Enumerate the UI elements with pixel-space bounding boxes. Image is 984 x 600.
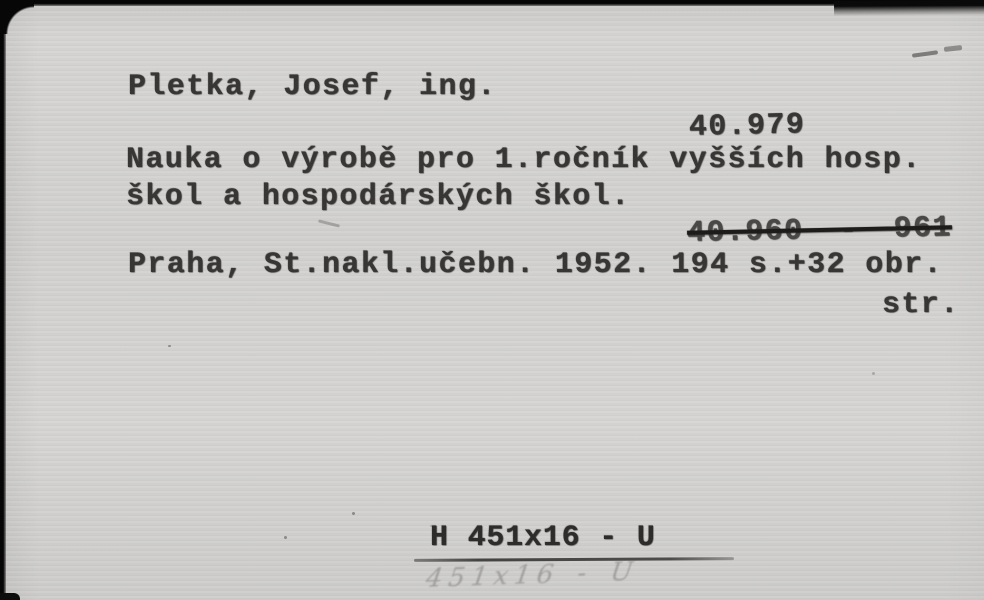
imprint-line: Praha, St.nakl.učebn. 1952. 194 s.+32 ob…	[128, 248, 943, 282]
call-number-cancelled: 40.960 - 961	[687, 211, 952, 251]
title-line-1: Nauka o výrobě pro 1.ročník vyšších hosp…	[126, 143, 922, 177]
card-paper: Pletka, Josef, ing. 40.979 40.960 - 961 …	[0, 0, 984, 600]
scanned-catalog-card: Pletka, Josef, ing. 40.979 40.960 - 961 …	[0, 0, 984, 600]
scanner-corner-bottom-left	[0, 593, 20, 600]
scanner-corner-top-left	[0, 0, 34, 34]
paper-speck	[872, 372, 875, 375]
paper-speck	[284, 536, 287, 539]
paper-speck	[168, 345, 171, 347]
pencil-annotation: 451x16 - U	[424, 556, 641, 594]
ink-smudge	[318, 219, 340, 227]
call-number-current: 40.979	[689, 105, 950, 144]
author-line: Pletka, Josef, ing.	[128, 70, 497, 104]
scanner-edge-left	[0, 0, 6, 600]
scanner-corner-top-right	[834, 0, 984, 16]
ink-smudge	[944, 45, 962, 52]
imprint-continuation: str.	[882, 288, 960, 322]
paper-speck	[352, 512, 355, 515]
paper-speck	[430, 525, 432, 527]
title-line-2: škol a hospodárských škol.	[126, 180, 630, 214]
shelf-mark: H 451x16 - U	[430, 521, 656, 555]
